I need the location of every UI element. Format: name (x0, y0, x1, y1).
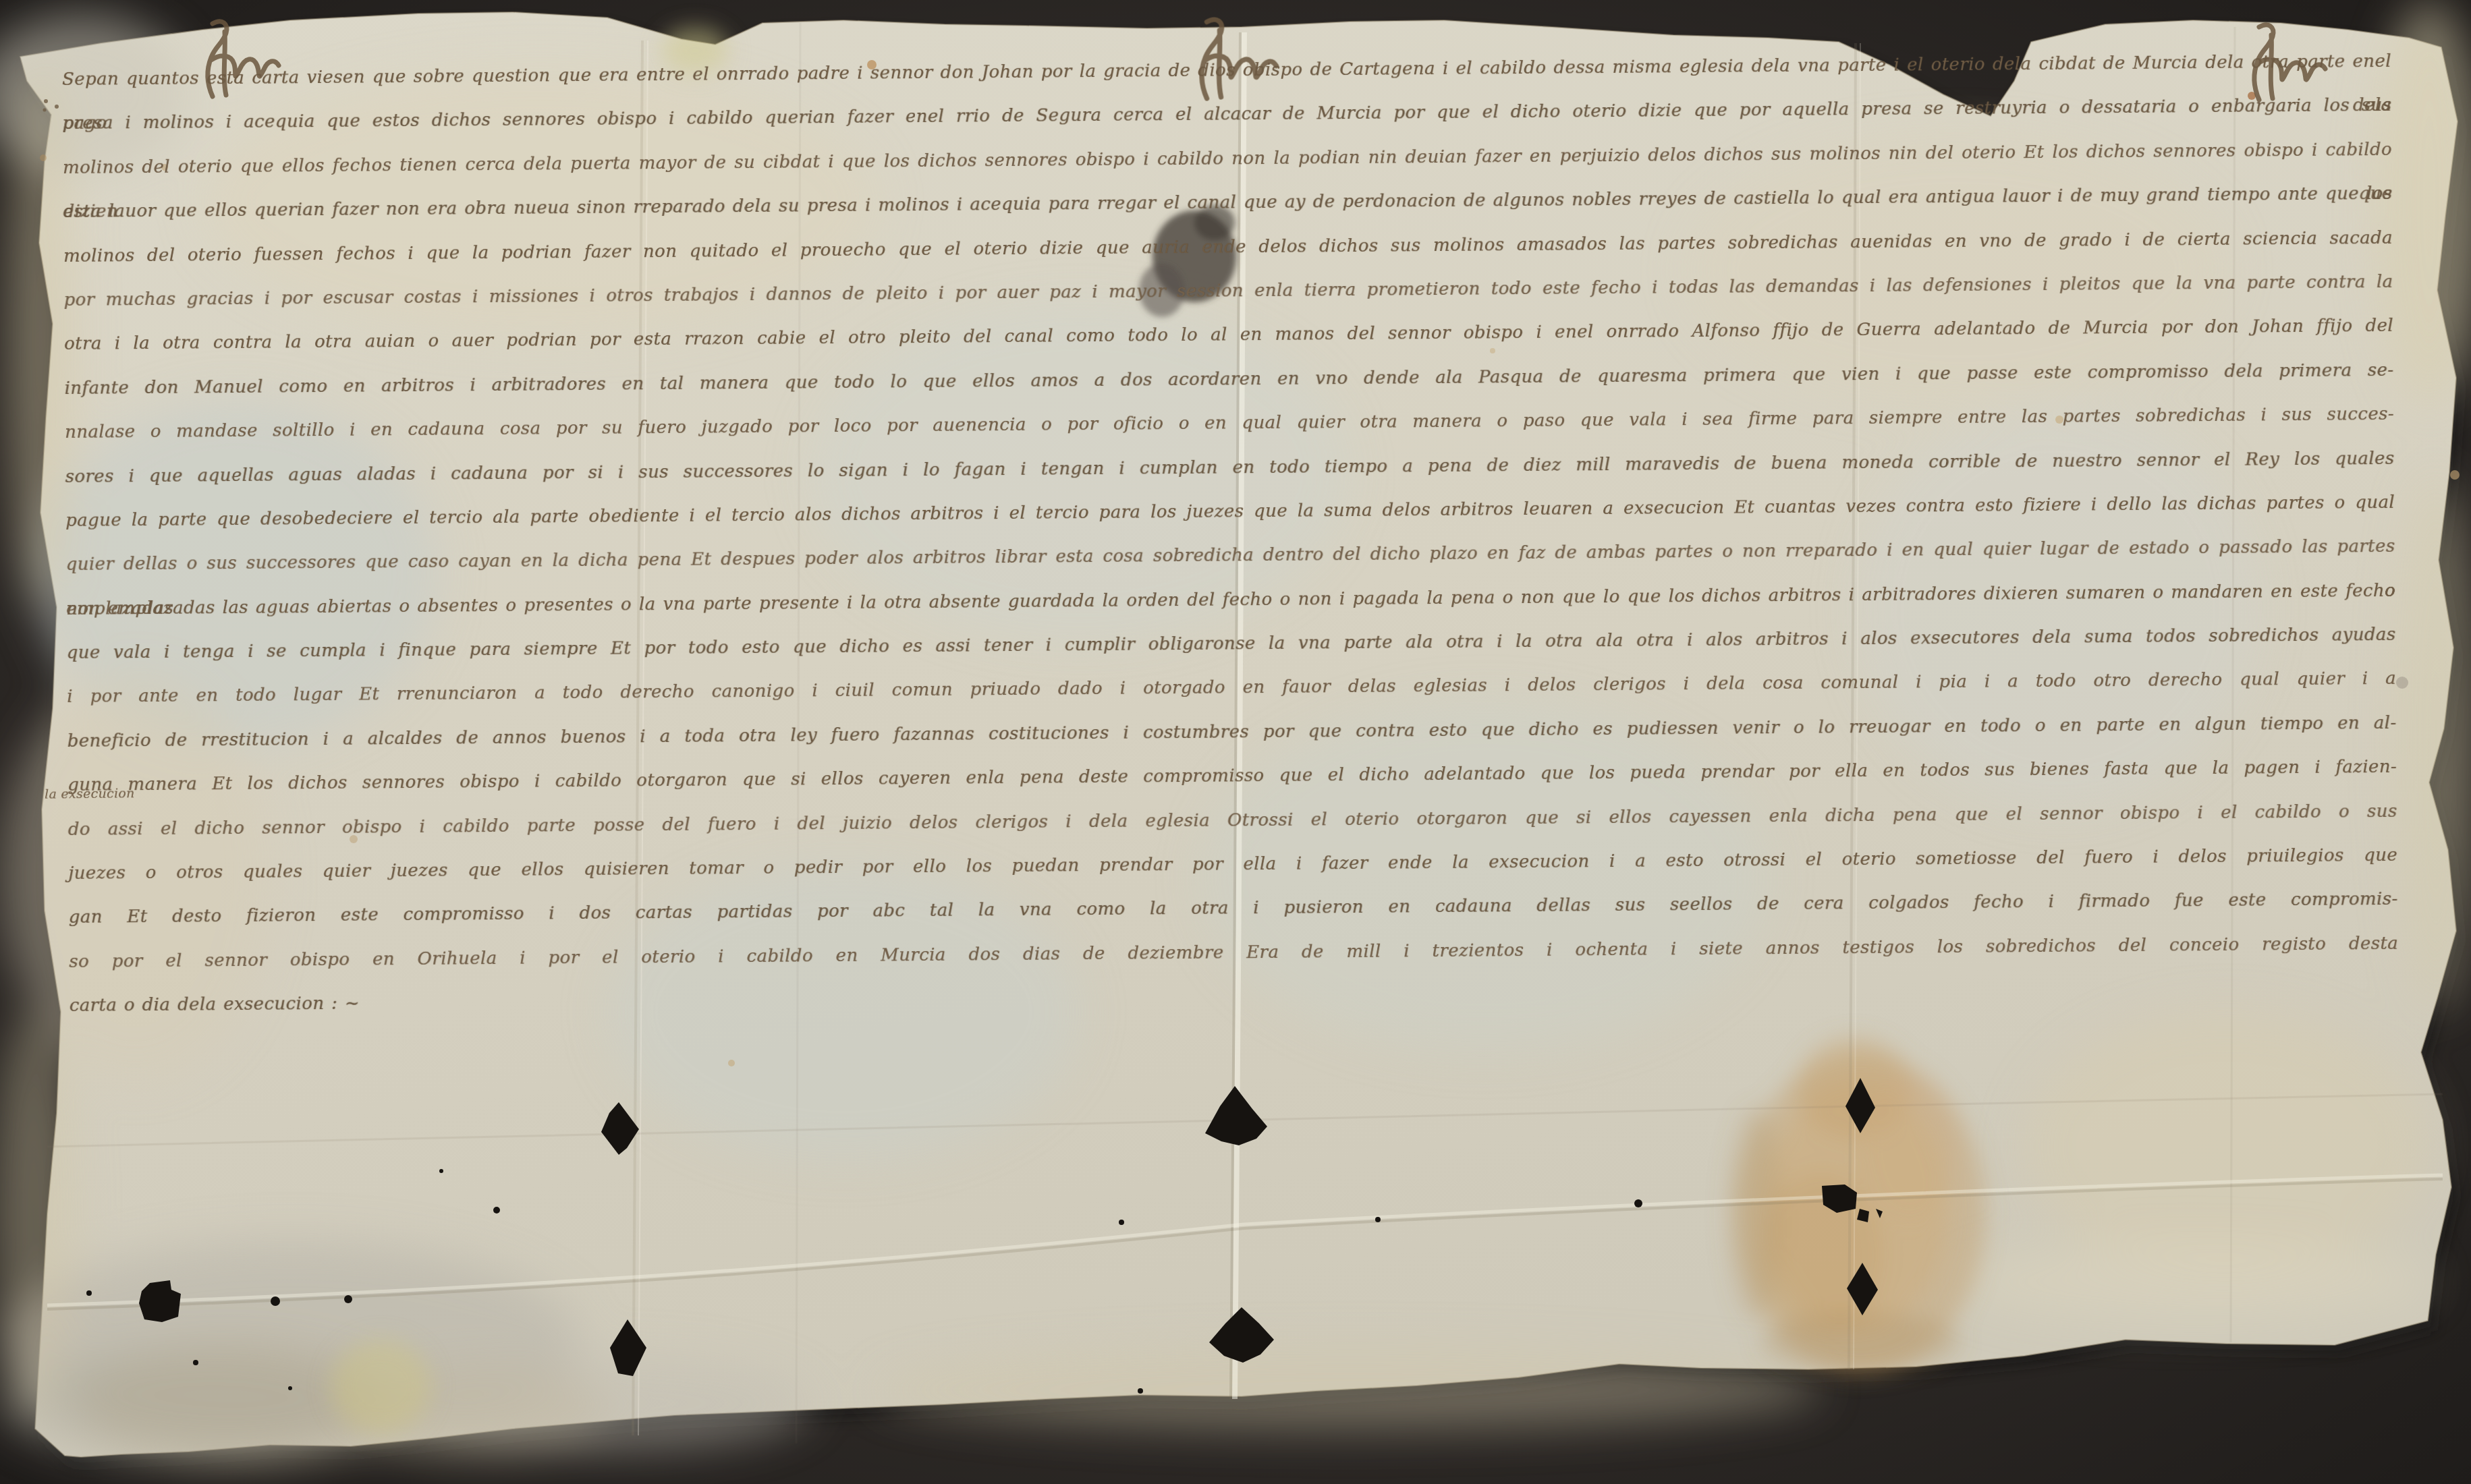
fox-spot (728, 1060, 735, 1066)
damp-stain (1727, 1106, 1781, 1322)
wormhole-speck (1138, 1388, 1143, 1394)
wormhole-speck (344, 1295, 352, 1303)
fox-spot (40, 154, 47, 161)
wormhole-speck (439, 1169, 443, 1173)
margin-ink-dot (55, 105, 59, 109)
manuscript-text-block: Sepan quantos esta carta viesen que sobr… (62, 40, 2399, 1029)
wormhole-speck (86, 1290, 92, 1296)
photograph-of-parchment-charter: Sepan quantos esta carta viesen que sobr… (0, 0, 2471, 1484)
damp-stain (331, 1339, 432, 1433)
mottle-patch (2024, 1012, 2429, 1282)
wormhole-speck (1634, 1199, 1642, 1207)
interlinear-note: la exsecucion (45, 786, 135, 801)
wormhole-speck (1375, 1217, 1381, 1222)
damp-stain (1760, 1312, 1962, 1373)
mottle-patch (877, 1349, 1822, 1430)
margin-ink-dot (44, 99, 48, 103)
wormhole-speck (288, 1386, 292, 1390)
wormhole-speck (271, 1296, 280, 1306)
fox-spot (2450, 470, 2460, 480)
wormhole-speck (193, 1360, 198, 1365)
mottle-patch (1957, 1241, 2429, 1322)
wormhole-speck (1119, 1220, 1124, 1225)
wormhole-speck (493, 1207, 500, 1214)
fox-spot (2396, 677, 2408, 689)
margin-ink-dot (43, 109, 47, 112)
